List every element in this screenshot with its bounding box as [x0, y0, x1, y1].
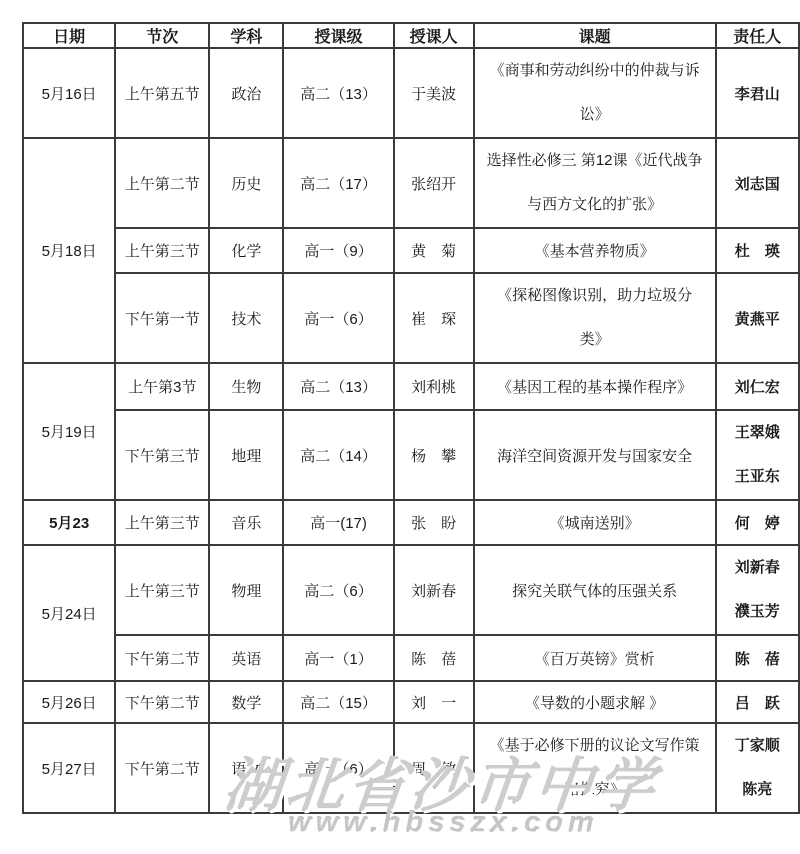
- cell-topic: 《探秘图像识别，助力垃圾分类》: [474, 273, 716, 363]
- cell-owner-line: 刘新春: [722, 546, 793, 590]
- cell-date: 5月18日: [23, 138, 115, 363]
- cell-owner: 刘志国: [716, 138, 799, 228]
- cell-teacher: 张绍开: [394, 138, 474, 228]
- cell-class: 高一（9）: [283, 228, 393, 273]
- table-row: 5月23上午第三节音乐高一(17)张 盼《城南送别》何 婷: [23, 500, 799, 545]
- cell-owner: 何 婷: [716, 500, 799, 545]
- cell-period: 下午第一节: [115, 273, 209, 363]
- cell-period: 上午第二节: [115, 138, 209, 228]
- cell-topic-line: 与西方文化的扩张》: [480, 183, 710, 227]
- schedule-page: 日期节次学科授课级授课人课题责任人 5月16日上午第五节政治高二（13）于美波《…: [0, 0, 800, 854]
- header-subject: 学科: [209, 23, 283, 48]
- cell-date: 5月24日: [23, 545, 115, 681]
- cell-class: 高二（13）: [283, 363, 393, 410]
- table-row: 下午第三节地理高二（14）杨 攀海洋空间资源开发与国家安全王翠娥王亚东: [23, 410, 799, 500]
- cell-date: 5月16日: [23, 48, 115, 138]
- cell-class: 高二（15）: [283, 681, 393, 723]
- cell-class: 高一（6）: [283, 273, 393, 363]
- cell-class: 高一（6）: [283, 723, 393, 813]
- cell-teacher: 刘 一: [394, 681, 474, 723]
- header-class: 授课级: [283, 23, 393, 48]
- cell-subject: 生物: [209, 363, 283, 410]
- cell-subject: 历史: [209, 138, 283, 228]
- cell-period: 下午第二节: [115, 635, 209, 681]
- cell-topic: 《百万英镑》赏析: [474, 635, 716, 681]
- header-teacher: 授课人: [394, 23, 474, 48]
- cell-topic: 《基于必修下册的议论文写作策略探究》: [474, 723, 716, 813]
- cell-subject: 地理: [209, 410, 283, 500]
- cell-teacher: 黄 菊: [394, 228, 474, 273]
- cell-owner: 刘仁宏: [716, 363, 799, 410]
- cell-subject: 技术: [209, 273, 283, 363]
- cell-teacher: 杨 攀: [394, 410, 474, 500]
- cell-owner-line: 丁家顺: [722, 724, 793, 768]
- cell-owner-line: 王翠娥: [722, 411, 793, 455]
- cell-topic-line: 《探秘图像识别，助力垃圾分: [480, 274, 710, 318]
- cell-topic: 《基本营养物质》: [474, 228, 716, 273]
- table-row: 上午第三节化学高一（9）黄 菊《基本营养物质》杜 瑛: [23, 228, 799, 273]
- cell-topic-line: 讼》: [480, 93, 710, 137]
- cell-owner: 陈 蓓: [716, 635, 799, 681]
- cell-period: 上午第三节: [115, 228, 209, 273]
- cell-subject: 化学: [209, 228, 283, 273]
- table-row: 5月24日上午第三节物理高二（6）刘新春探究关联气体的压强关系刘新春濮玉芳: [23, 545, 799, 635]
- cell-date: 5月26日: [23, 681, 115, 723]
- table-row: 下午第二节英语高一（1）陈 蓓《百万英镑》赏析陈 蓓: [23, 635, 799, 681]
- table-row: 下午第一节技术高一（6）崔 琛《探秘图像识别，助力垃圾分类》黄燕平: [23, 273, 799, 363]
- cell-class: 高二（6）: [283, 545, 393, 635]
- schedule-table: 日期节次学科授课级授课人课题责任人 5月16日上午第五节政治高二（13）于美波《…: [22, 22, 800, 814]
- cell-date: 5月19日: [23, 363, 115, 500]
- cell-class: 高二（17）: [283, 138, 393, 228]
- cell-period: 下午第三节: [115, 410, 209, 500]
- cell-topic: 《商事和劳动纠纷中的仲裁与诉讼》: [474, 48, 716, 138]
- cell-topic-line: 类》: [480, 318, 710, 362]
- cell-topic-line: 略探究》: [480, 768, 710, 812]
- cell-period: 上午第3节: [115, 363, 209, 410]
- cell-subject: 物理: [209, 545, 283, 635]
- cell-owner: 吕 跃: [716, 681, 799, 723]
- cell-class: 高一（1）: [283, 635, 393, 681]
- cell-owner: 杜 瑛: [716, 228, 799, 273]
- cell-owner: 丁家顺陈亮: [716, 723, 799, 813]
- cell-subject: 政治: [209, 48, 283, 138]
- cell-subject: 语文: [209, 723, 283, 813]
- cell-topic: 《基因工程的基本操作程序》: [474, 363, 716, 410]
- table-row: 5月16日上午第五节政治高二（13）于美波《商事和劳动纠纷中的仲裁与诉讼》李君山: [23, 48, 799, 138]
- table-row: 5月26日下午第二节数学高二（15）刘 一《导数的小题求解 》吕 跃: [23, 681, 799, 723]
- cell-owner: 王翠娥王亚东: [716, 410, 799, 500]
- table-row: 5月27日下午第二节语文高一（6）周 敏《基于必修下册的议论文写作策略探究》丁家…: [23, 723, 799, 813]
- header-owner: 责任人: [716, 23, 799, 48]
- table-body: 5月16日上午第五节政治高二（13）于美波《商事和劳动纠纷中的仲裁与诉讼》李君山…: [23, 48, 799, 813]
- cell-date: 5月27日: [23, 723, 115, 813]
- cell-class: 高二（14）: [283, 410, 393, 500]
- header-row: 日期节次学科授课级授课人课题责任人: [23, 23, 799, 48]
- cell-topic: 海洋空间资源开发与国家安全: [474, 410, 716, 500]
- cell-period: 上午第三节: [115, 545, 209, 635]
- cell-subject: 音乐: [209, 500, 283, 545]
- cell-teacher: 刘利桃: [394, 363, 474, 410]
- cell-owner-line: 王亚东: [722, 455, 793, 499]
- cell-topic-line: 《基于必修下册的议论文写作策: [480, 724, 710, 768]
- cell-period: 下午第二节: [115, 723, 209, 813]
- cell-topic-line: 《商事和劳动纠纷中的仲裁与诉: [480, 49, 710, 93]
- cell-date: 5月23: [23, 500, 115, 545]
- cell-teacher: 刘新春: [394, 545, 474, 635]
- header-date: 日期: [23, 23, 115, 48]
- cell-teacher: 张 盼: [394, 500, 474, 545]
- cell-teacher: 陈 蓓: [394, 635, 474, 681]
- cell-teacher: 于美波: [394, 48, 474, 138]
- cell-period: 上午第五节: [115, 48, 209, 138]
- header-topic: 课题: [474, 23, 716, 48]
- cell-subject: 数学: [209, 681, 283, 723]
- cell-class: 高二（13）: [283, 48, 393, 138]
- table-row: 5月18日上午第二节历史高二（17）张绍开选择性必修三 第12课《近代战争与西方…: [23, 138, 799, 228]
- cell-topic: 选择性必修三 第12课《近代战争与西方文化的扩张》: [474, 138, 716, 228]
- cell-topic: 《导数的小题求解 》: [474, 681, 716, 723]
- cell-topic: 《城南送别》: [474, 500, 716, 545]
- cell-owner-line: 陈亮: [722, 768, 793, 812]
- cell-subject: 英语: [209, 635, 283, 681]
- cell-owner: 黄燕平: [716, 273, 799, 363]
- cell-teacher: 周 敏: [394, 723, 474, 813]
- cell-teacher: 崔 琛: [394, 273, 474, 363]
- table-row: 5月19日上午第3节生物高二（13）刘利桃《基因工程的基本操作程序》刘仁宏: [23, 363, 799, 410]
- cell-period: 下午第二节: [115, 681, 209, 723]
- cell-owner: 李君山: [716, 48, 799, 138]
- cell-topic: 探究关联气体的压强关系: [474, 545, 716, 635]
- cell-period: 上午第三节: [115, 500, 209, 545]
- cell-owner: 刘新春濮玉芳: [716, 545, 799, 635]
- header-period: 节次: [115, 23, 209, 48]
- cell-class: 高一(17): [283, 500, 393, 545]
- cell-owner-line: 濮玉芳: [722, 590, 793, 634]
- cell-topic-line: 选择性必修三 第12课《近代战争: [480, 139, 710, 183]
